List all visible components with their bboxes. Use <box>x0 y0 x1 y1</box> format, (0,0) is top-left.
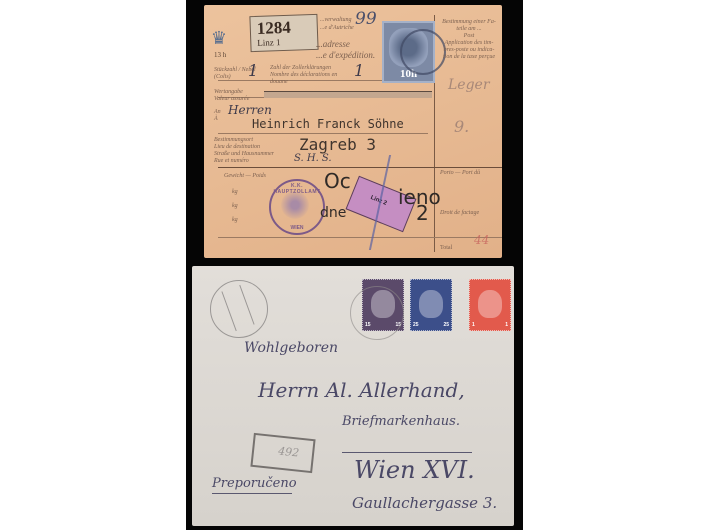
registration-number: 1284 <box>256 18 291 39</box>
header-text-4: ...e d'expédition. <box>316 52 375 59</box>
stamp-25: 2525 <box>410 279 452 331</box>
field-value-declarations: 1 <box>354 61 364 80</box>
red-total: 44 <box>474 233 489 247</box>
header-text-2: ...e d'Autriche <box>320 25 354 32</box>
underline <box>212 493 292 494</box>
overprint-handstamp-4: dne <box>320 205 346 221</box>
address-line-2: Herrn Al. Allerhand, <box>258 378 465 402</box>
field-label-destination: BestimmungsortLieu de destination <box>214 137 260 151</box>
field-label-to: AnÀ <box>214 109 221 123</box>
king-portrait-icon <box>478 290 502 318</box>
overprint-handstamp-3: 2 <box>416 201 429 225</box>
weight-unit: kg <box>232 217 238 224</box>
right-column-handwriting-2: 9. <box>454 117 469 136</box>
field-label-value: WertangabeValeur assurée <box>214 89 250 103</box>
field-label-declarations: Zahl der ZollerklärungenNombre des décla… <box>270 65 346 86</box>
address-line-5: Gaullachergasse 3. <box>352 494 497 512</box>
envelope: 1515 2525 11 Wohlgeboren Herrn Al. Aller… <box>192 266 514 526</box>
address-line-4: Wien XVI. <box>354 456 475 484</box>
registration-office: Linz 1 <box>257 37 281 48</box>
registration-note: Preporučeno <box>212 476 297 491</box>
card-rule <box>218 133 428 134</box>
factage-label: Droit de factage <box>440 210 479 217</box>
right-column-handwriting-1: Leger <box>448 77 490 93</box>
stamp-1: 11 <box>469 279 511 331</box>
total-label: Total <box>440 245 452 252</box>
postmark <box>210 280 268 338</box>
right-column-note: Bestimmung einer Fa- teile am ... Post A… <box>440 19 498 61</box>
address-line-3: Briefmarkenhaus. <box>342 414 460 429</box>
card-rule <box>218 237 502 238</box>
field-value-destination: Zagreb 3 <box>299 135 376 154</box>
king-portrait-icon <box>419 290 443 318</box>
form-number: 13 h <box>214 51 226 59</box>
card-rule <box>218 167 502 168</box>
field-value-colis: 1 <box>248 61 258 80</box>
address-line-1: Wohlgeboren <box>244 340 338 356</box>
registration-box: 492 <box>250 433 315 473</box>
weight-unit: kg <box>232 189 238 196</box>
field-value-herren: Herren <box>228 103 272 117</box>
weight-label: Gewicht — Poids <box>224 173 266 180</box>
field-value-addressee: Heinrich Franck Söhne <box>252 117 404 131</box>
stamp-cancellation <box>350 286 404 340</box>
field-value-country: S. H. S. <box>294 153 332 164</box>
overprint-handstamp-1: Oc <box>324 169 351 193</box>
field-label-street: Straße und HausnummerRue et numéro <box>214 151 274 165</box>
header-text-3: ...adresse <box>316 41 350 48</box>
handwritten-number: 99 <box>355 9 377 29</box>
weight-unit: kg <box>232 203 238 210</box>
porto-label: Porto — Port dû <box>440 170 480 177</box>
parcel-card: ♛ 13 h 1284 Linz 1 ...verwaltung ...e d'… <box>204 5 502 258</box>
customs-seal: K.K. HAUPTZOLLAMT WIEN <box>269 179 325 235</box>
double-eagle-icon: ♛ <box>210 27 228 49</box>
underline <box>342 452 472 453</box>
header-text-1: ...verwaltung <box>320 17 352 24</box>
eagle-crest-icon <box>281 191 309 219</box>
value-strikeout <box>264 91 432 98</box>
registration-label: 1284 Linz 1 <box>249 14 318 52</box>
